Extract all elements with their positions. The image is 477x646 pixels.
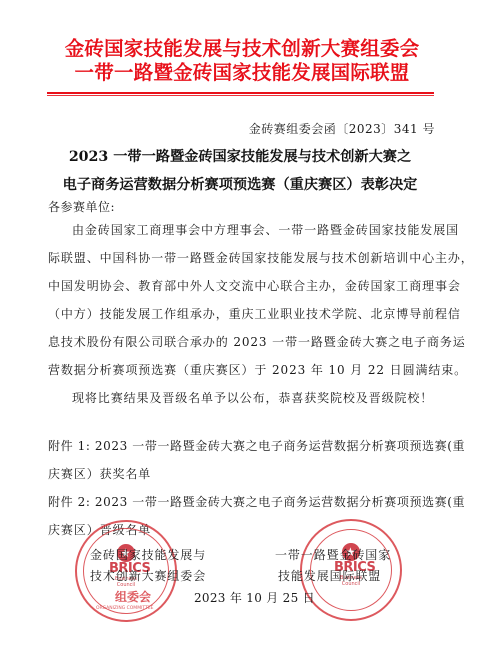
document-number: 金砖赛组委会函〔2023〕341 号 <box>249 120 435 137</box>
document-title-line-1: 2023 一带一路暨金砖国家技能发展与技术创新大赛之 <box>40 146 440 166</box>
signature-left-line-1: 金砖国家技能发展与 <box>90 546 206 563</box>
letterhead-line-2: 一带一路暨金砖国家技能发展国际联盟 <box>47 62 437 84</box>
signature-left-line-2: 技术创新大赛组委会 <box>90 567 206 584</box>
document-title-line-2: 电子商务运营数据分析赛项预选赛（重庆赛区）表彰决定 <box>40 174 440 194</box>
letterhead-rule-thin <box>47 95 434 96</box>
body-line: 际联盟、中国科协一带一路暨金砖国家技能发展与技术创新培训中心主办， <box>48 250 436 266</box>
body-line: 息技术股份有限公司联合承办的 2023 一带一路暨金砖大赛之电子商务运 <box>48 334 436 350</box>
seal-center-text: 组委会 <box>115 588 151 605</box>
signature-date: 2023 年 10 月 25 日 <box>194 589 315 606</box>
body-line: 中国发明协会、教育部中外人文交流中心联合主办，金砖国家工商理事会 <box>48 278 436 294</box>
body-line: 由金砖国家工商理事会中方理事会、一带一路暨金砖国家技能发展国 <box>72 222 436 238</box>
salutation: 各参赛单位: <box>48 198 115 215</box>
signature-right-line-2: 技能发展国际联盟 <box>278 567 381 584</box>
attachment-1-line-2: 庆赛区）获奖名单 <box>48 466 436 482</box>
document-page: 金砖国家技能发展与技术创新大赛组委会 一带一路暨金砖国家技能发展国际联盟 金砖赛… <box>0 0 477 646</box>
signature-right-line-1: 一带一路暨金砖国家 <box>275 546 391 563</box>
letterhead-rule-thick <box>47 92 434 94</box>
letterhead-line-1: 金砖国家技能发展与技术创新大赛组委会 <box>47 38 437 60</box>
body-line: （中方）技能发展工作组承办，重庆工业职业技术学院、北京博导前程信 <box>48 306 436 322</box>
seal-bottom-text: ORGANIZING COMMITTEE <box>96 606 154 611</box>
attachment-2-line-1: 附件 2: 2023 一带一路暨金砖大赛之电子商务运营数据分析赛项预选赛(重 <box>48 494 436 510</box>
attachment-1-line-1: 附件 1: 2023 一带一路暨金砖大赛之电子商务运营数据分析赛项预选赛(重 <box>48 438 436 454</box>
body-line: 营数据分析赛项预选赛（重庆赛区）于 2023 年 10 月 22 日圆满结束。 <box>48 362 436 378</box>
body-paragraph-2: 现将比赛结果及晋级名单予以公布，恭喜获奖院校及晋级院校！ <box>72 390 436 406</box>
